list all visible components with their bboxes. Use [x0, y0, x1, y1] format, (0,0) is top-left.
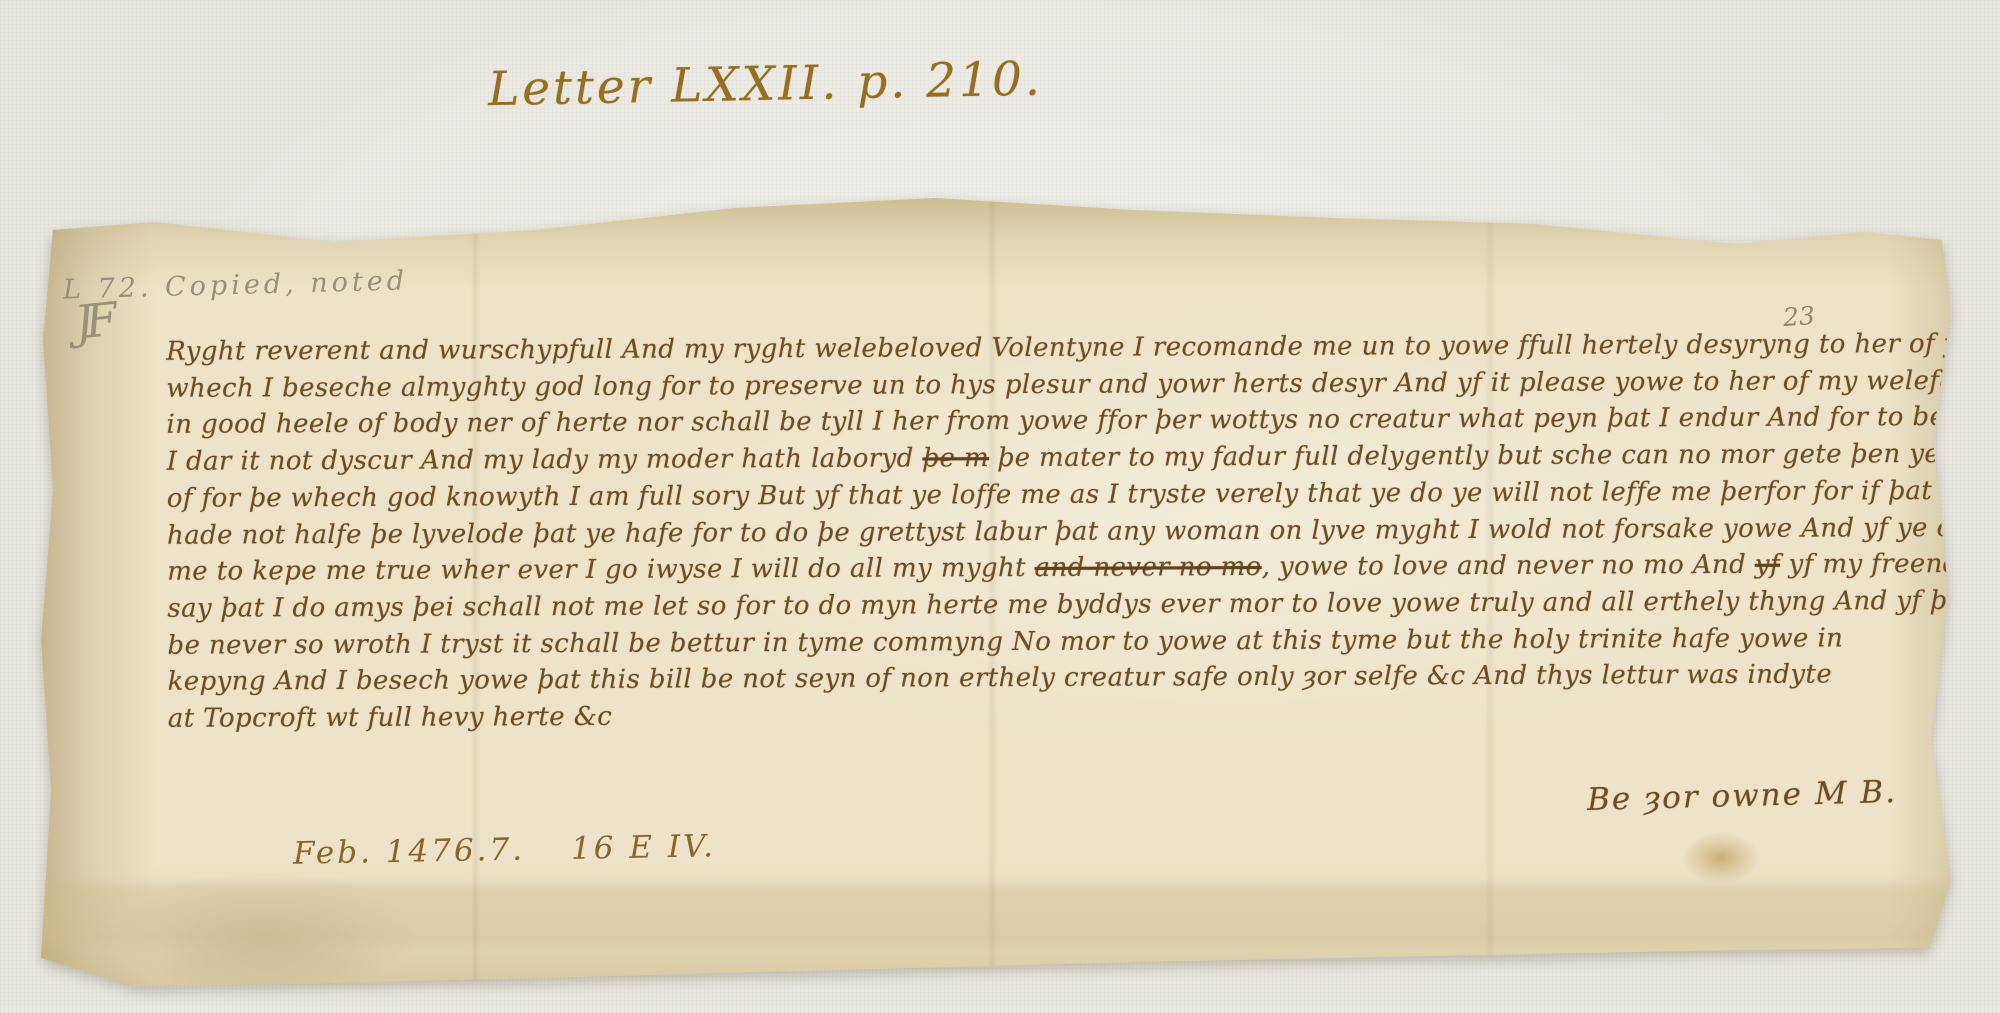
signature: Be ȝor owne M B. [1587, 774, 1898, 818]
line-text: say þat I do amys þei schall not me let … [167, 586, 1971, 624]
line-text: of for þe whech god knowyth I am full so… [167, 476, 1972, 514]
manuscript-line: kepyng And I besech yowe þat this bill b… [168, 657, 1883, 701]
line-text: kepyng And I besech yowe þat this bill b… [168, 660, 1833, 697]
line-text: I dar it not dyscur And my lady my moder… [167, 444, 923, 477]
line-text: in good heele of body ner of herte nor s… [166, 402, 2000, 440]
line-text: whech I beseche almyghty god long for to… [166, 365, 2000, 403]
date-annotation: Feb. 1476.7.16 E IV. [293, 828, 716, 871]
date-note-text: Feb. 1476.7. [293, 832, 526, 872]
line-text: me to kepe me true wher ever I go iwyse … [167, 553, 1035, 587]
line-text: at Topcroft wt full hevy herte &c [168, 702, 613, 734]
manuscript-paper: L 72. Copied, noted JF 23 Ryght reverent… [35, 190, 1960, 990]
line-text: , yowe to love and never no mo And [1262, 550, 1755, 582]
archivist-monogram: JF [72, 292, 112, 349]
regnal-year-note: 16 E IV. [571, 828, 716, 867]
struck-out-text: þe m [922, 443, 989, 473]
line-text: þe mater to my fadur full delygently but… [989, 439, 2000, 474]
letter-body: Ryght reverent and wurschypfull And my r… [166, 326, 1883, 737]
manuscript-line: at Topcroft wt full hevy herte &c [168, 693, 1883, 737]
archival-note: L 72. Copied, noted [63, 265, 409, 305]
line-text: yf my freendys [1780, 549, 1989, 580]
catalog-heading: Letter LXXII. p. 210. [488, 50, 1129, 117]
struck-out-text: yf [1755, 550, 1780, 580]
line-text: Ryght reverent and wurschypfull And my r… [166, 328, 2000, 367]
manuscript-sheet: L 72. Copied, noted JF 23 Ryght reverent… [35, 190, 1960, 990]
line-text: be never so wroth I tryst it schall be b… [167, 623, 1843, 660]
line-text: hade not halfe þe lyvelode þat ye hafe f… [167, 512, 2000, 550]
struck-out-text: and never no mo [1035, 552, 1262, 583]
